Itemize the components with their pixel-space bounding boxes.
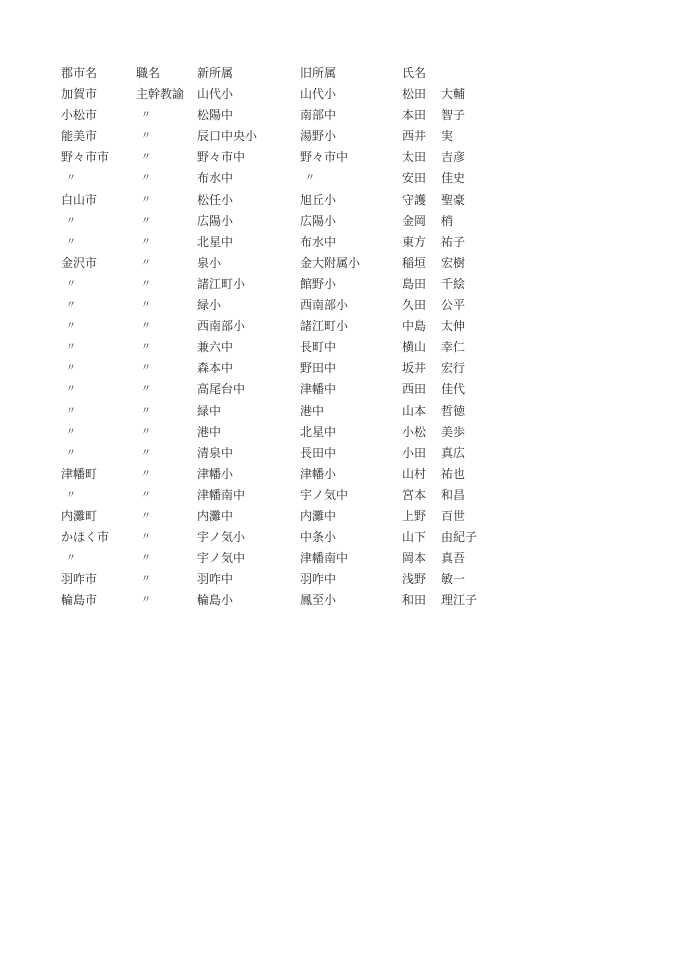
surname-cell: 西井 xyxy=(402,126,426,147)
position-cell: 〃 xyxy=(136,295,151,316)
new-affiliation-cell: 津幡小 xyxy=(197,464,233,485)
position-cell: 〃 xyxy=(136,147,151,168)
position-cell: 〃 xyxy=(136,379,151,400)
position-cell: 〃 xyxy=(136,105,151,126)
header-new-affiliation: 新所属 xyxy=(197,63,233,84)
given-name-cell: 吉彦 xyxy=(441,147,465,168)
old-affiliation-cell: 旭丘小 xyxy=(300,190,336,211)
new-affiliation-cell: 諸江町小 xyxy=(197,274,245,295)
position-cell: 〃 xyxy=(136,422,151,443)
given-name-cell: 真広 xyxy=(441,443,465,464)
old-affiliation-cell: 中条小 xyxy=(300,527,336,548)
city-cell: 野々市市 xyxy=(61,147,109,168)
new-affiliation-cell: 内灘中 xyxy=(197,506,233,527)
old-affiliation-cell: 長町中 xyxy=(300,337,336,358)
new-affiliation-cell: 山代小 xyxy=(197,84,233,105)
new-affiliation-cell: 清泉中 xyxy=(197,443,233,464)
new-affiliation-cell: 緑小 xyxy=(197,295,221,316)
new-affiliation-cell: 高尾台中 xyxy=(197,379,245,400)
surname-cell: 小松 xyxy=(402,422,426,443)
position-cell: 〃 xyxy=(136,190,151,211)
given-name-cell: 宏樹 xyxy=(441,253,465,274)
given-name-cell: 和昌 xyxy=(441,485,465,506)
surname-cell: 松田 xyxy=(402,84,426,105)
new-affiliation-cell: 布水中 xyxy=(197,168,233,189)
given-name-cell: 千絵 xyxy=(441,274,465,295)
given-name-cell: 由紀子 xyxy=(441,527,477,548)
city-cell: 津幡町 xyxy=(61,464,97,485)
old-affiliation-cell: 金大附属小 xyxy=(300,253,360,274)
city-cell: 〃 xyxy=(61,443,76,464)
surname-cell: 岡本 xyxy=(402,548,426,569)
new-affiliation-cell: 港中 xyxy=(197,422,221,443)
city-cell: 輪島市 xyxy=(61,590,97,611)
position-cell: 〃 xyxy=(136,569,151,590)
position-cell: 〃 xyxy=(136,168,151,189)
old-affiliation-cell: 北星中 xyxy=(300,422,336,443)
city-cell: 加賀市 xyxy=(61,84,97,105)
given-name-cell: 実 xyxy=(441,126,453,147)
surname-cell: 和田 xyxy=(402,590,426,611)
old-affiliation-cell: 諸江町小 xyxy=(300,316,348,337)
position-cell: 〃 xyxy=(136,443,151,464)
city-cell: 〃 xyxy=(61,548,76,569)
position-cell: 〃 xyxy=(136,527,151,548)
header-name: 氏名 xyxy=(402,63,426,84)
position-cell: 〃 xyxy=(136,232,151,253)
surname-cell: 安田 xyxy=(402,168,426,189)
position-cell: 主幹教諭 xyxy=(136,84,184,105)
position-cell: 〃 xyxy=(136,485,151,506)
old-affiliation-cell: 宇ノ気中 xyxy=(300,485,348,506)
city-cell: 内灘町 xyxy=(61,506,97,527)
given-name-cell: 聖豪 xyxy=(441,190,465,211)
city-cell: 〃 xyxy=(61,232,76,253)
old-affiliation-cell: 布水中 xyxy=(300,232,336,253)
city-cell: 〃 xyxy=(61,211,76,232)
given-name-cell: 公平 xyxy=(441,295,465,316)
new-affiliation-cell: 泉小 xyxy=(197,253,221,274)
given-name-cell: 太伸 xyxy=(441,316,465,337)
new-affiliation-cell: 宇ノ気中 xyxy=(197,548,245,569)
position-cell: 〃 xyxy=(136,316,151,337)
surname-cell: 山下 xyxy=(402,527,426,548)
given-name-cell: 敏一 xyxy=(441,569,465,590)
new-affiliation-cell: 輪島小 xyxy=(197,590,233,611)
position-cell: 〃 xyxy=(136,358,151,379)
city-cell: 白山市 xyxy=(61,190,97,211)
old-affiliation-cell: 内灘中 xyxy=(300,506,336,527)
surname-cell: 浅野 xyxy=(402,569,426,590)
city-cell: 〃 xyxy=(61,168,76,189)
position-cell: 〃 xyxy=(136,590,151,611)
new-affiliation-cell: 緑中 xyxy=(197,401,221,422)
city-cell: 能美市 xyxy=(61,126,97,147)
given-name-cell: 理江子 xyxy=(441,590,477,611)
given-name-cell: 祐也 xyxy=(441,464,465,485)
surname-cell: 西田 xyxy=(402,379,426,400)
city-cell: 〃 xyxy=(61,316,76,337)
surname-cell: 坂井 xyxy=(402,358,426,379)
city-cell: 〃 xyxy=(61,401,76,422)
given-name-cell: 百世 xyxy=(441,506,465,527)
city-cell: 〃 xyxy=(61,485,76,506)
position-cell: 〃 xyxy=(136,506,151,527)
given-name-cell: 佳史 xyxy=(441,168,465,189)
surname-cell: 上野 xyxy=(402,506,426,527)
surname-cell: 稲垣 xyxy=(402,253,426,274)
city-cell: 〃 xyxy=(61,274,76,295)
given-name-cell: 真吾 xyxy=(441,548,465,569)
old-affiliation-cell: 〃 xyxy=(300,168,315,189)
position-cell: 〃 xyxy=(136,211,151,232)
old-affiliation-cell: 津幡小 xyxy=(300,464,336,485)
new-affiliation-cell: 松陽中 xyxy=(197,105,233,126)
given-name-cell: 梢 xyxy=(441,211,453,232)
new-affiliation-cell: 広陽小 xyxy=(197,211,233,232)
surname-cell: 太田 xyxy=(402,147,426,168)
position-cell: 〃 xyxy=(136,548,151,569)
surname-cell: 守護 xyxy=(402,190,426,211)
document-page: 郡市名 職名 新所属 旧所属 氏名 加賀市主幹教諭山代小山代小松田大輔小松市〃松… xyxy=(0,0,680,961)
old-affiliation-cell: 長田中 xyxy=(300,443,336,464)
city-cell: 金沢市 xyxy=(61,253,97,274)
surname-cell: 小田 xyxy=(402,443,426,464)
given-name-cell: 哲徳 xyxy=(441,401,465,422)
position-cell: 〃 xyxy=(136,464,151,485)
city-cell: 〃 xyxy=(61,379,76,400)
old-affiliation-cell: 野々市中 xyxy=(300,147,348,168)
new-affiliation-cell: 西南部小 xyxy=(197,316,245,337)
city-cell: 〃 xyxy=(61,358,76,379)
new-affiliation-cell: 津幡南中 xyxy=(197,485,245,506)
given-name-cell: 美歩 xyxy=(441,422,465,443)
old-affiliation-cell: 西南部小 xyxy=(300,295,348,316)
surname-cell: 山村 xyxy=(402,464,426,485)
position-cell: 〃 xyxy=(136,126,151,147)
given-name-cell: 佳代 xyxy=(441,379,465,400)
city-cell: 羽咋市 xyxy=(61,569,97,590)
new-affiliation-cell: 辰口中央小 xyxy=(197,126,257,147)
city-cell: かほく市 xyxy=(61,527,109,548)
surname-cell: 島田 xyxy=(402,274,426,295)
new-affiliation-cell: 宇ノ気小 xyxy=(197,527,245,548)
old-affiliation-cell: 南部中 xyxy=(300,105,336,126)
city-cell: 〃 xyxy=(61,422,76,443)
surname-cell: 久田 xyxy=(402,295,426,316)
surname-cell: 宮本 xyxy=(402,485,426,506)
old-affiliation-cell: 津幡中 xyxy=(300,379,336,400)
old-affiliation-cell: 羽咋中 xyxy=(300,569,336,590)
position-cell: 〃 xyxy=(136,253,151,274)
given-name-cell: 幸仁 xyxy=(441,337,465,358)
position-cell: 〃 xyxy=(136,337,151,358)
old-affiliation-cell: 館野小 xyxy=(300,274,336,295)
new-affiliation-cell: 松任小 xyxy=(197,190,233,211)
old-affiliation-cell: 鳳至小 xyxy=(300,590,336,611)
surname-cell: 中島 xyxy=(402,316,426,337)
new-affiliation-cell: 兼六中 xyxy=(197,337,233,358)
header-city: 郡市名 xyxy=(61,63,97,84)
new-affiliation-cell: 野々市中 xyxy=(197,147,245,168)
old-affiliation-cell: 広陽小 xyxy=(300,211,336,232)
given-name-cell: 智子 xyxy=(441,105,465,126)
surname-cell: 山本 xyxy=(402,401,426,422)
old-affiliation-cell: 野田中 xyxy=(300,358,336,379)
header-position: 職名 xyxy=(136,63,160,84)
given-name-cell: 祐子 xyxy=(441,232,465,253)
old-affiliation-cell: 港中 xyxy=(300,401,324,422)
new-affiliation-cell: 森本中 xyxy=(197,358,233,379)
given-name-cell: 大輔 xyxy=(441,84,465,105)
given-name-cell: 宏行 xyxy=(441,358,465,379)
old-affiliation-cell: 湯野小 xyxy=(300,126,336,147)
surname-cell: 本田 xyxy=(402,105,426,126)
old-affiliation-cell: 津幡南中 xyxy=(300,548,348,569)
new-affiliation-cell: 羽咋中 xyxy=(197,569,233,590)
header-old-affiliation: 旧所属 xyxy=(300,63,336,84)
surname-cell: 横山 xyxy=(402,337,426,358)
surname-cell: 東方 xyxy=(402,232,426,253)
position-cell: 〃 xyxy=(136,401,151,422)
position-cell: 〃 xyxy=(136,274,151,295)
city-cell: 〃 xyxy=(61,337,76,358)
city-cell: 〃 xyxy=(61,295,76,316)
city-cell: 小松市 xyxy=(61,105,97,126)
surname-cell: 金岡 xyxy=(402,211,426,232)
new-affiliation-cell: 北星中 xyxy=(197,232,233,253)
old-affiliation-cell: 山代小 xyxy=(300,84,336,105)
